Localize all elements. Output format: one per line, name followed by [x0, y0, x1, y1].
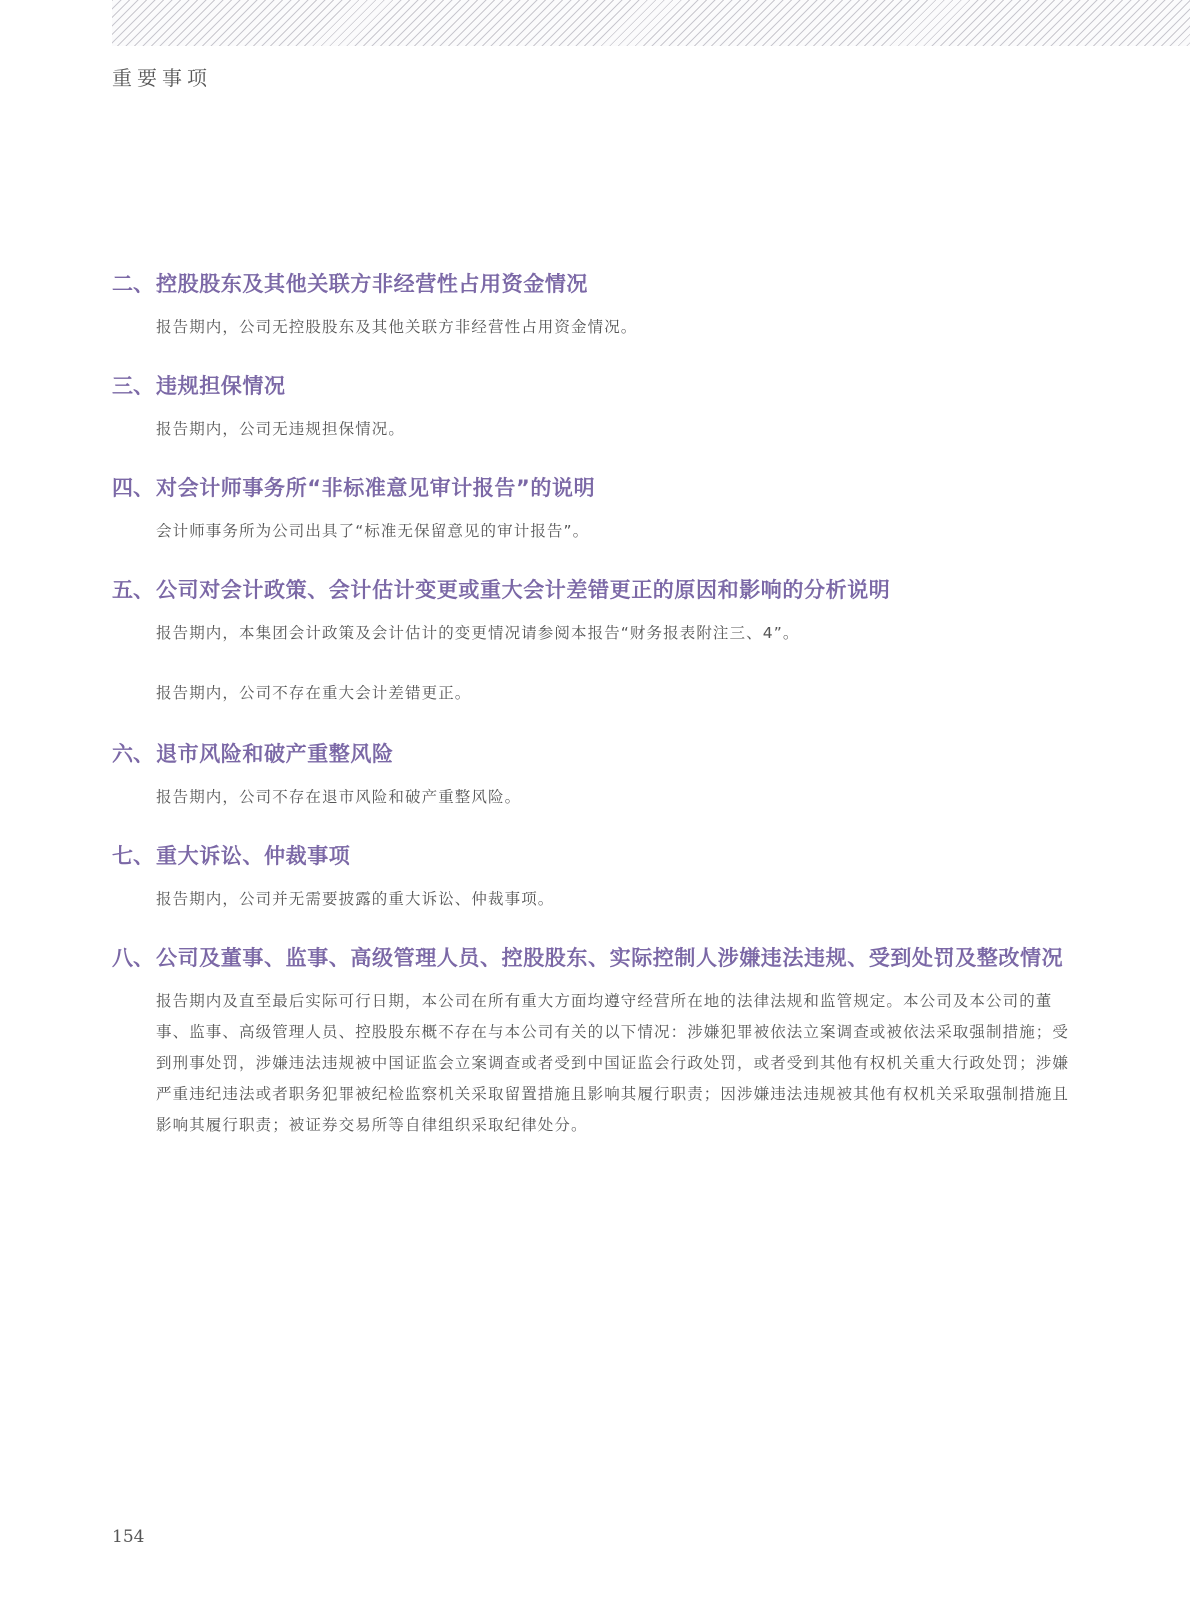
paragraph: 会计师事务所为公司出具了“标准无保留意见的审计报告”。 [156, 516, 1080, 547]
section-title: 违规担保情况 [156, 372, 1080, 400]
section-3: 三、 违规担保情况 报告期内，公司无违规担保情况。 [112, 372, 1080, 445]
section-title: 控股股东及其他关联方非经营性占用资金情况 [156, 270, 1080, 298]
section-heading: 二、 控股股东及其他关联方非经营性占用资金情况 [112, 270, 1080, 298]
section-heading: 七、 重大诉讼、仲裁事项 [112, 842, 1080, 870]
section-title: 退市风险和破产重整风险 [156, 740, 1080, 768]
section-number: 八、 [112, 944, 156, 972]
section-title: 公司及董事、监事、高级管理人员、控股股东、实际控制人涉嫌违法违规、受到处罚及整改… [156, 944, 1080, 972]
section-title: 重大诉讼、仲裁事项 [156, 842, 1080, 870]
section-7: 七、 重大诉讼、仲裁事项 报告期内，公司并无需要披露的重大诉讼、仲裁事项。 [112, 842, 1080, 915]
section-title: 对会计师事务所“非标准意见审计报告”的说明 [156, 474, 1080, 502]
section-body: 报告期内及直至最后实际可行日期，本公司在所有重大方面均遵守经营所在地的法律法规和… [156, 986, 1080, 1141]
section-number: 七、 [112, 842, 156, 870]
section-5: 五、 公司对会计政策、会计估计变更或重大会计差错更正的原因和影响的分析说明 报告… [112, 576, 1080, 709]
section-number: 二、 [112, 270, 156, 298]
page-number: 154 [112, 1527, 144, 1547]
section-body: 报告期内，本集团会计政策及会计估计的变更情况请参阅本报告“财务报表附注三、4”。… [156, 618, 1080, 709]
section-heading: 五、 公司对会计政策、会计估计变更或重大会计差错更正的原因和影响的分析说明 [112, 576, 1080, 604]
paragraph: 报告期内，公司无违规担保情况。 [156, 414, 1080, 445]
section-heading: 四、 对会计师事务所“非标准意见审计报告”的说明 [112, 474, 1080, 502]
section-number: 三、 [112, 372, 156, 400]
section-4: 四、 对会计师事务所“非标准意见审计报告”的说明 会计师事务所为公司出具了“标准… [112, 474, 1080, 547]
section-number: 六、 [112, 740, 156, 768]
section-body: 会计师事务所为公司出具了“标准无保留意见的审计报告”。 [156, 516, 1080, 547]
section-heading: 六、 退市风险和破产重整风险 [112, 740, 1080, 768]
section-number: 四、 [112, 474, 156, 502]
page-header-title: 重要事项 [112, 62, 212, 91]
section-6: 六、 退市风险和破产重整风险 报告期内，公司不存在退市风险和破产重整风险。 [112, 740, 1080, 813]
paragraph: 报告期内，公司不存在退市风险和破产重整风险。 [156, 782, 1080, 813]
paragraph: 报告期内，公司不存在重大会计差错更正。 [156, 678, 1080, 709]
paragraph: 报告期内，公司无控股股东及其他关联方非经营性占用资金情况。 [156, 312, 1080, 343]
section-2: 二、 控股股东及其他关联方非经营性占用资金情况 报告期内，公司无控股股东及其他关… [112, 270, 1080, 343]
section-8: 八、 公司及董事、监事、高级管理人员、控股股东、实际控制人涉嫌违法违规、受到处罚… [112, 944, 1080, 1141]
paragraph: 报告期内，本集团会计政策及会计估计的变更情况请参阅本报告“财务报表附注三、4”。 [156, 618, 1080, 649]
section-body: 报告期内，公司无违规担保情况。 [156, 414, 1080, 445]
paragraph: 报告期内及直至最后实际可行日期，本公司在所有重大方面均遵守经营所在地的法律法规和… [156, 986, 1080, 1141]
section-body: 报告期内，公司不存在退市风险和破产重整风险。 [156, 782, 1080, 813]
section-heading: 八、 公司及董事、监事、高级管理人员、控股股东、实际控制人涉嫌违法违规、受到处罚… [112, 944, 1080, 972]
section-heading: 三、 违规担保情况 [112, 372, 1080, 400]
section-number: 五、 [112, 576, 156, 604]
section-body: 报告期内，公司无控股股东及其他关联方非经营性占用资金情况。 [156, 312, 1080, 343]
paragraph: 报告期内，公司并无需要披露的重大诉讼、仲裁事项。 [156, 884, 1080, 915]
section-body: 报告期内，公司并无需要披露的重大诉讼、仲裁事项。 [156, 884, 1080, 915]
decorative-hatch-band [112, 0, 1190, 46]
section-title: 公司对会计政策、会计估计变更或重大会计差错更正的原因和影响的分析说明 [156, 576, 1080, 604]
